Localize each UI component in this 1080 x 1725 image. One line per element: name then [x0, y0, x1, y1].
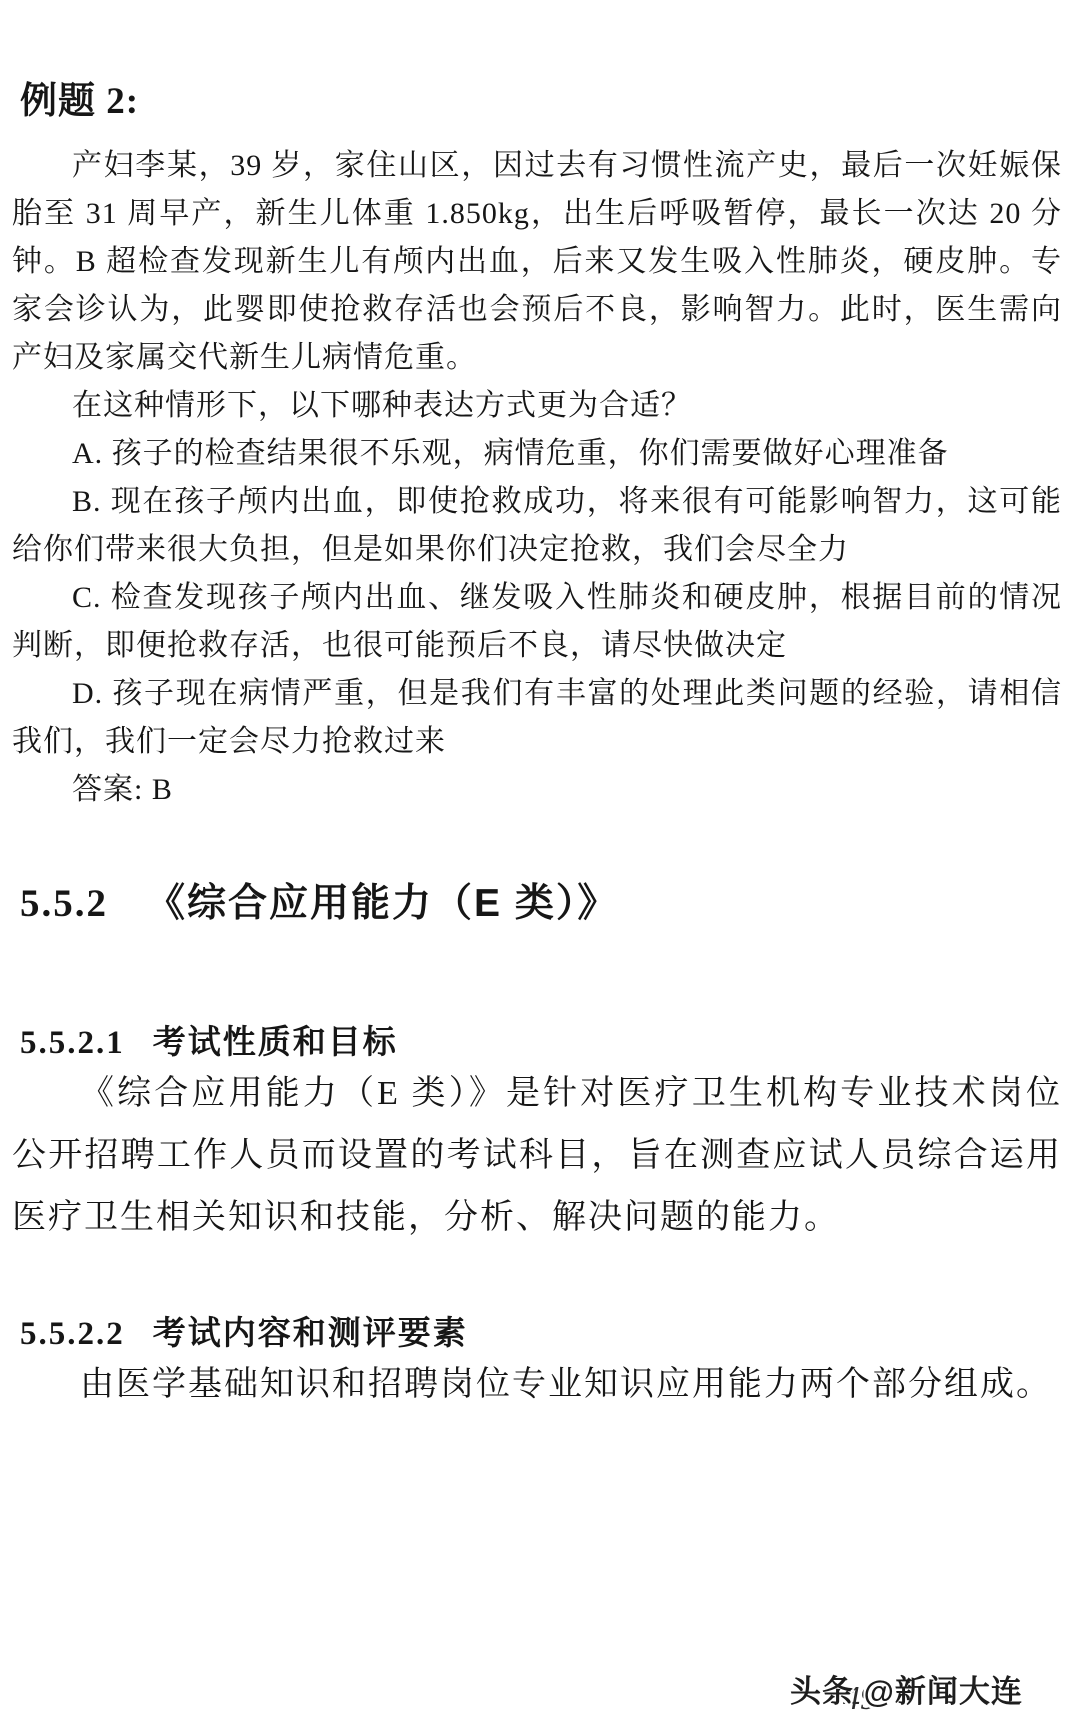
- option-d: D. 孩子现在病情严重，但是我们有丰富的处理此类问题的经验，请相信我们，我们一定…: [12, 670, 1062, 766]
- section-5521-paragraph: 《综合应用能力（E 类）》是针对医疗卫生机构专业技术岗位公开招聘工作人员而设置的…: [12, 1063, 1062, 1249]
- option-b: B. 现在孩子颅内出血，即使抢救成功，将来很有可能影响智力，这可能给你们带来很大…: [12, 478, 1062, 574]
- option-c: C. 检查发现孩子颅内出血、继发吸入性肺炎和硬皮肿，根据目前的情况判断，即便抢救…: [12, 574, 1062, 670]
- watermark: 头条 @新闻大连: [790, 1666, 1023, 1711]
- section-title: 《综合应用能力（E 类）》: [146, 872, 618, 928]
- document-page: 例题 2: 产妇李某，39 岁，家住山区，因过去有习惯性流产史，最后一次妊娠保胎…: [0, 70, 1080, 1416]
- section-title: 考试内容和测评要素: [153, 1307, 468, 1354]
- example-heading: 例题 2:: [20, 70, 1062, 124]
- section-title: 考试性质和目标: [153, 1016, 398, 1063]
- section-number: 5.5.2: [20, 881, 108, 926]
- section-heading-552: 5.5.2 《综合应用能力（E 类）》: [20, 872, 1062, 928]
- section-heading-5521: 5.5.2.1 考试性质和目标: [20, 1016, 1062, 1063]
- section-number: 5.5.2.1: [20, 1025, 125, 1062]
- answer-line: 答案: B: [12, 766, 1062, 814]
- question-paragraph: 在这种情形下，以下哪种表达方式更为合适？: [12, 382, 1062, 430]
- option-a: A. 孩子的检查结果很不乐观，病情危重，你们需要做好心理准备: [12, 430, 1062, 478]
- section-5522-paragraph: 由医学基础知识和招聘岗位专业知识应用能力两个部分组成。: [12, 1354, 1062, 1416]
- section-number: 5.5.2.2: [20, 1316, 125, 1353]
- section-heading-5522: 5.5.2.2 考试内容和测评要素: [20, 1307, 1062, 1354]
- case-paragraph: 产妇李某，39 岁，家住山区，因过去有习惯性流产史，最后一次妊娠保胎至 31 周…: [12, 142, 1062, 382]
